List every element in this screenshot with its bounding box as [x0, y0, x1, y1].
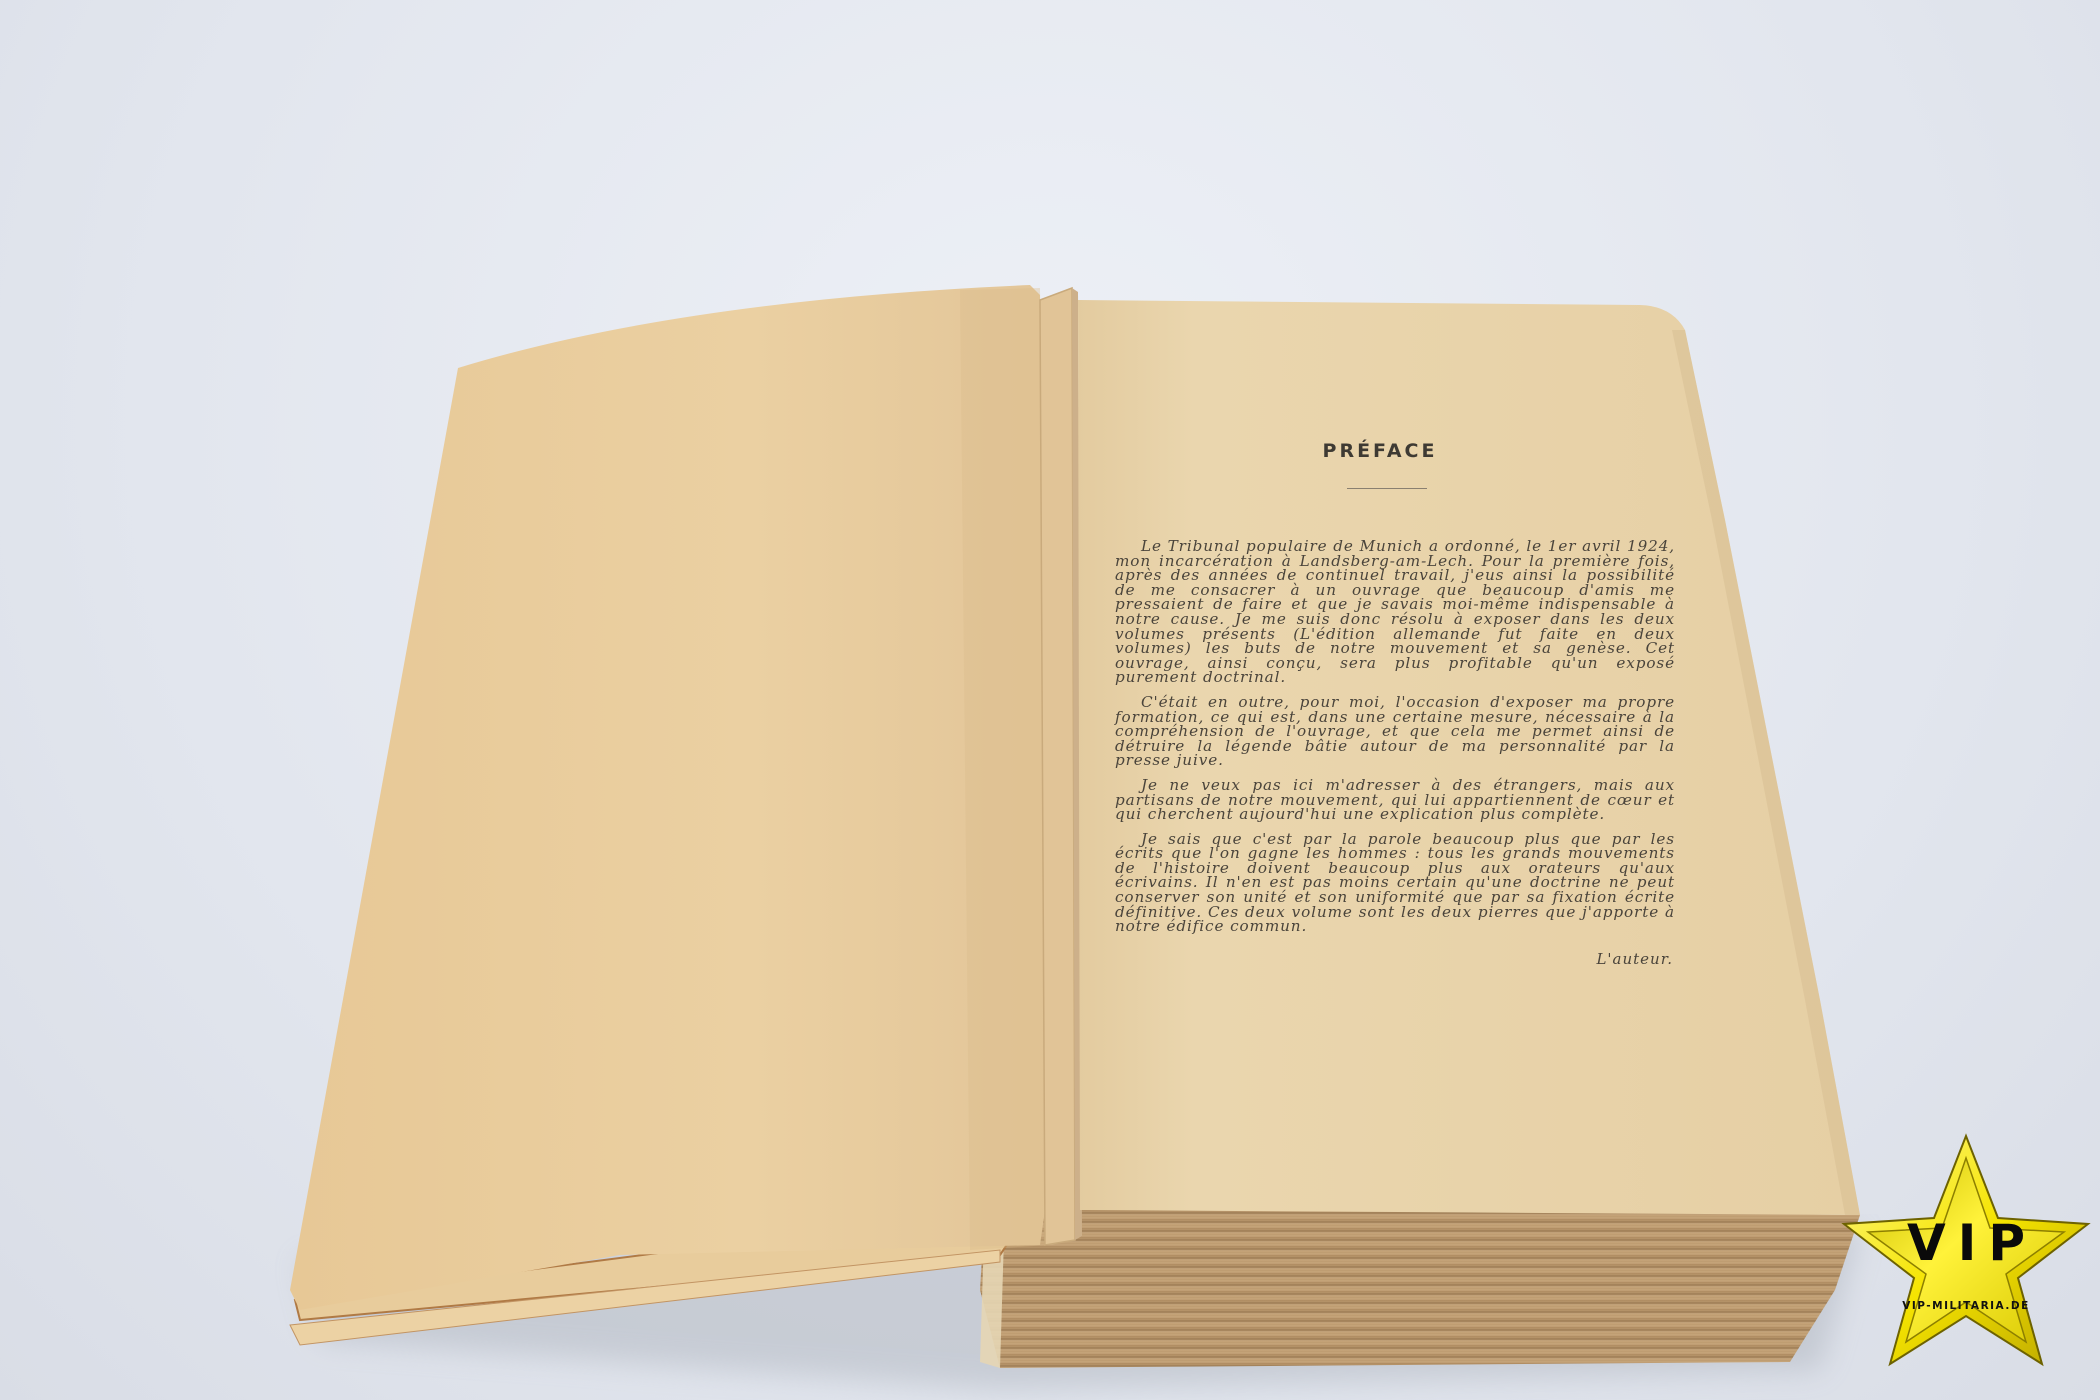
vip-watermark: VIP VIP-MILITARIA.DE [1838, 1128, 2094, 1368]
watermark-title: VIP [1838, 1214, 2094, 1272]
preface-body: Le Tribunal populaire de Munich a ordonn… [1115, 539, 1675, 934]
title-divider [1347, 488, 1427, 489]
paragraph: Le Tribunal populaire de Munich a ordonn… [1115, 539, 1675, 685]
preface-page: PRÉFACE Le Tribunal populaire de Munich … [1115, 440, 1675, 968]
page-title: PRÉFACE [1085, 440, 1675, 462]
left-page [290, 285, 1055, 1310]
spine-strip [1040, 288, 1075, 1245]
paragraph: Je sais que c'est par la parole beaucoup… [1115, 832, 1675, 934]
watermark-url: VIP-MILITARIA.DE [1838, 1300, 2094, 1312]
page-block-edges [980, 1205, 1860, 1368]
paragraph: C'était en outre, pour moi, l'occasion d… [1115, 695, 1675, 768]
photo-scene: PRÉFACE Le Tribunal populaire de Munich … [0, 0, 2100, 1400]
open-book [0, 0, 2100, 1400]
paragraph: Je ne veux pas ici m'adresser à des étra… [1115, 778, 1675, 822]
signature: L'auteur. [1115, 950, 1675, 968]
